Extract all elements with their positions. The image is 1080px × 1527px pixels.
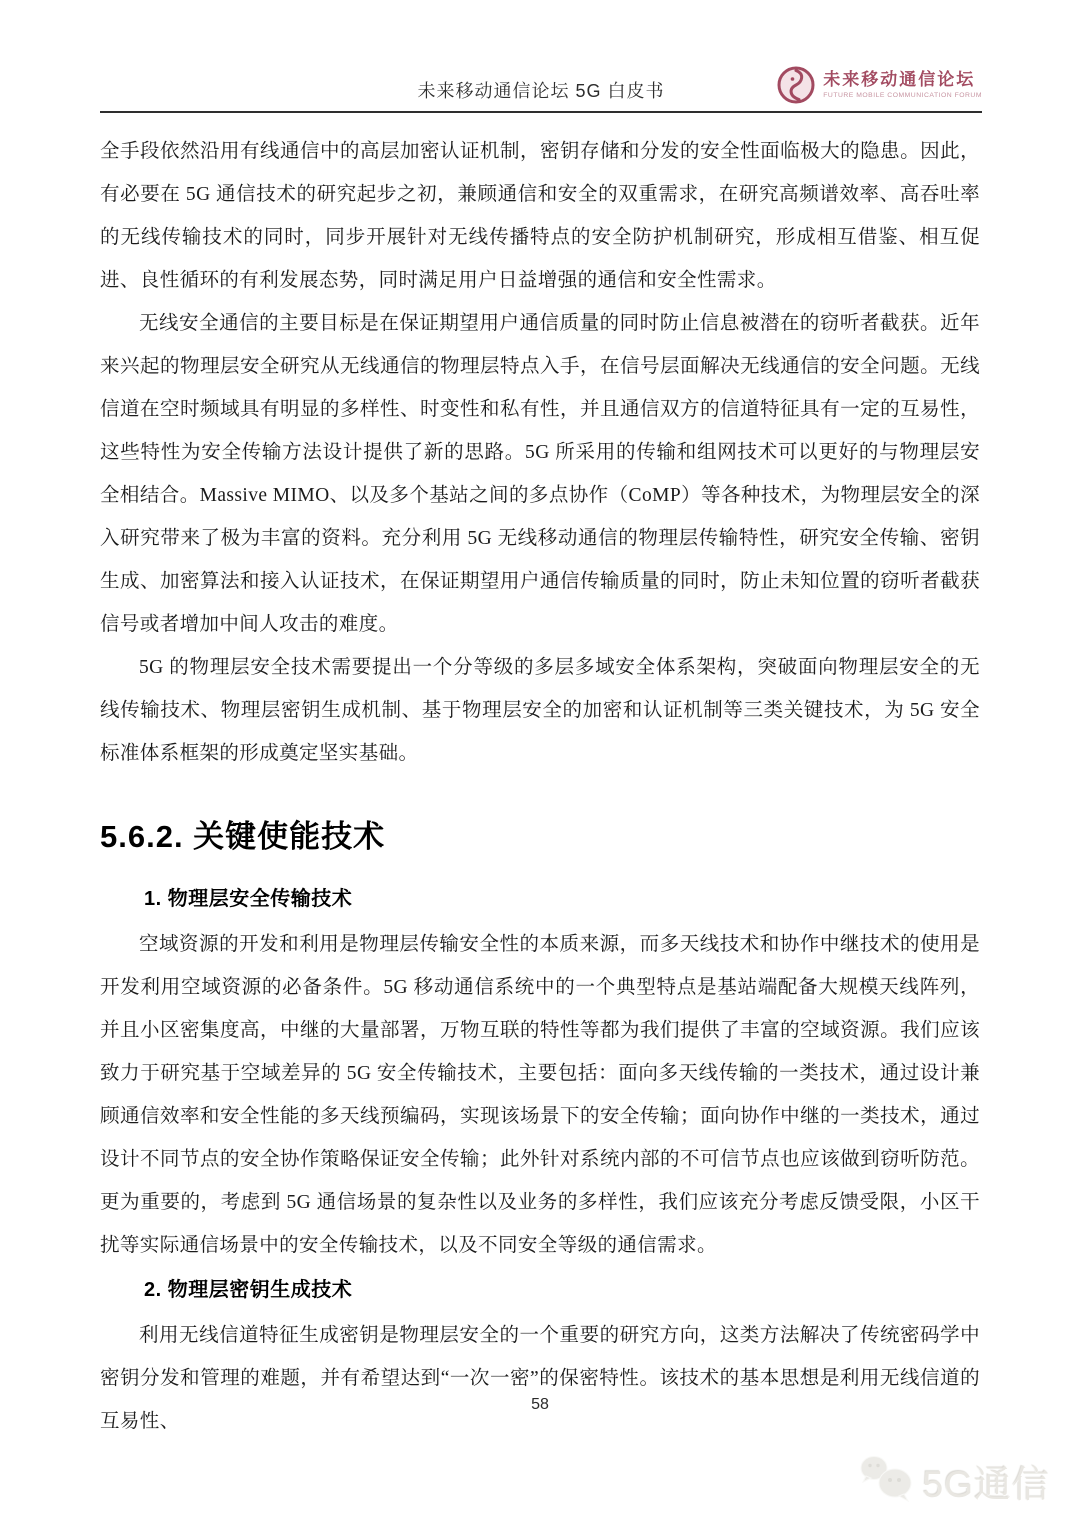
forum-logo-text: 未来移动通信论坛 FUTURE MOBILE COMMUNICATION FOR… xyxy=(823,71,982,99)
paragraph-5g-security-architecture: 5G 的物理层安全技术需要提出一个分等级的多层多域安全体系架构，突破面向物理层安… xyxy=(100,646,980,775)
channel-watermark: 5G通信 xyxy=(857,1452,1050,1509)
subsection-title-phy-key-generation: 2. 物理层密钥生成技术 xyxy=(144,1273,980,1302)
forum-logo: 未来移动通信论坛 FUTURE MOBILE COMMUNICATION FOR… xyxy=(776,65,982,105)
forum-logo-subtitle: FUTURE MOBILE COMMUNICATION FORUM xyxy=(823,92,982,99)
document-page: 未来移动通信论坛 5G 白皮书 未来移动通信论坛 FUTURE MOBILE C… xyxy=(0,0,1080,1527)
watermark-label: 5G通信 xyxy=(923,1454,1050,1508)
forum-logo-name: 未来移动通信论坛 xyxy=(823,71,982,90)
paragraph-wireless-security-goals: 无线安全通信的主要目标是在保证期望用户通信质量的同时防止信息被潜在的窃听者截获。… xyxy=(100,302,980,646)
page-header: 未来移动通信论坛 5G 白皮书 未来移动通信论坛 FUTURE MOBILE C… xyxy=(100,0,982,113)
paragraph-key-generation: 利用无线信道特征生成密钥是物理层安全的一个重要的研究方向，这类方法解决了传统密码… xyxy=(100,1314,980,1443)
document-content: 全手段依然沿用有线通信中的高层加密认证机制，密钥存储和分发的安全性面临极大的隐患… xyxy=(100,130,980,1443)
wechat-icon xyxy=(857,1452,919,1509)
paragraph-continuation: 全手段依然沿用有线通信中的高层加密认证机制，密钥存储和分发的安全性面临极大的隐患… xyxy=(100,130,980,302)
subsection-title-phy-secure-transmission: 1. 物理层安全传输技术 xyxy=(144,882,980,911)
page-number: 58 xyxy=(0,1396,1080,1414)
paragraph-spatial-resources: 空域资源的开发和利用是物理层传输安全性的本质来源，而多天线技术和协作中继技术的使… xyxy=(100,923,980,1267)
section-heading-562: 5.6.2. 关键使能技术 xyxy=(100,811,980,856)
forum-logo-icon xyxy=(776,65,816,105)
